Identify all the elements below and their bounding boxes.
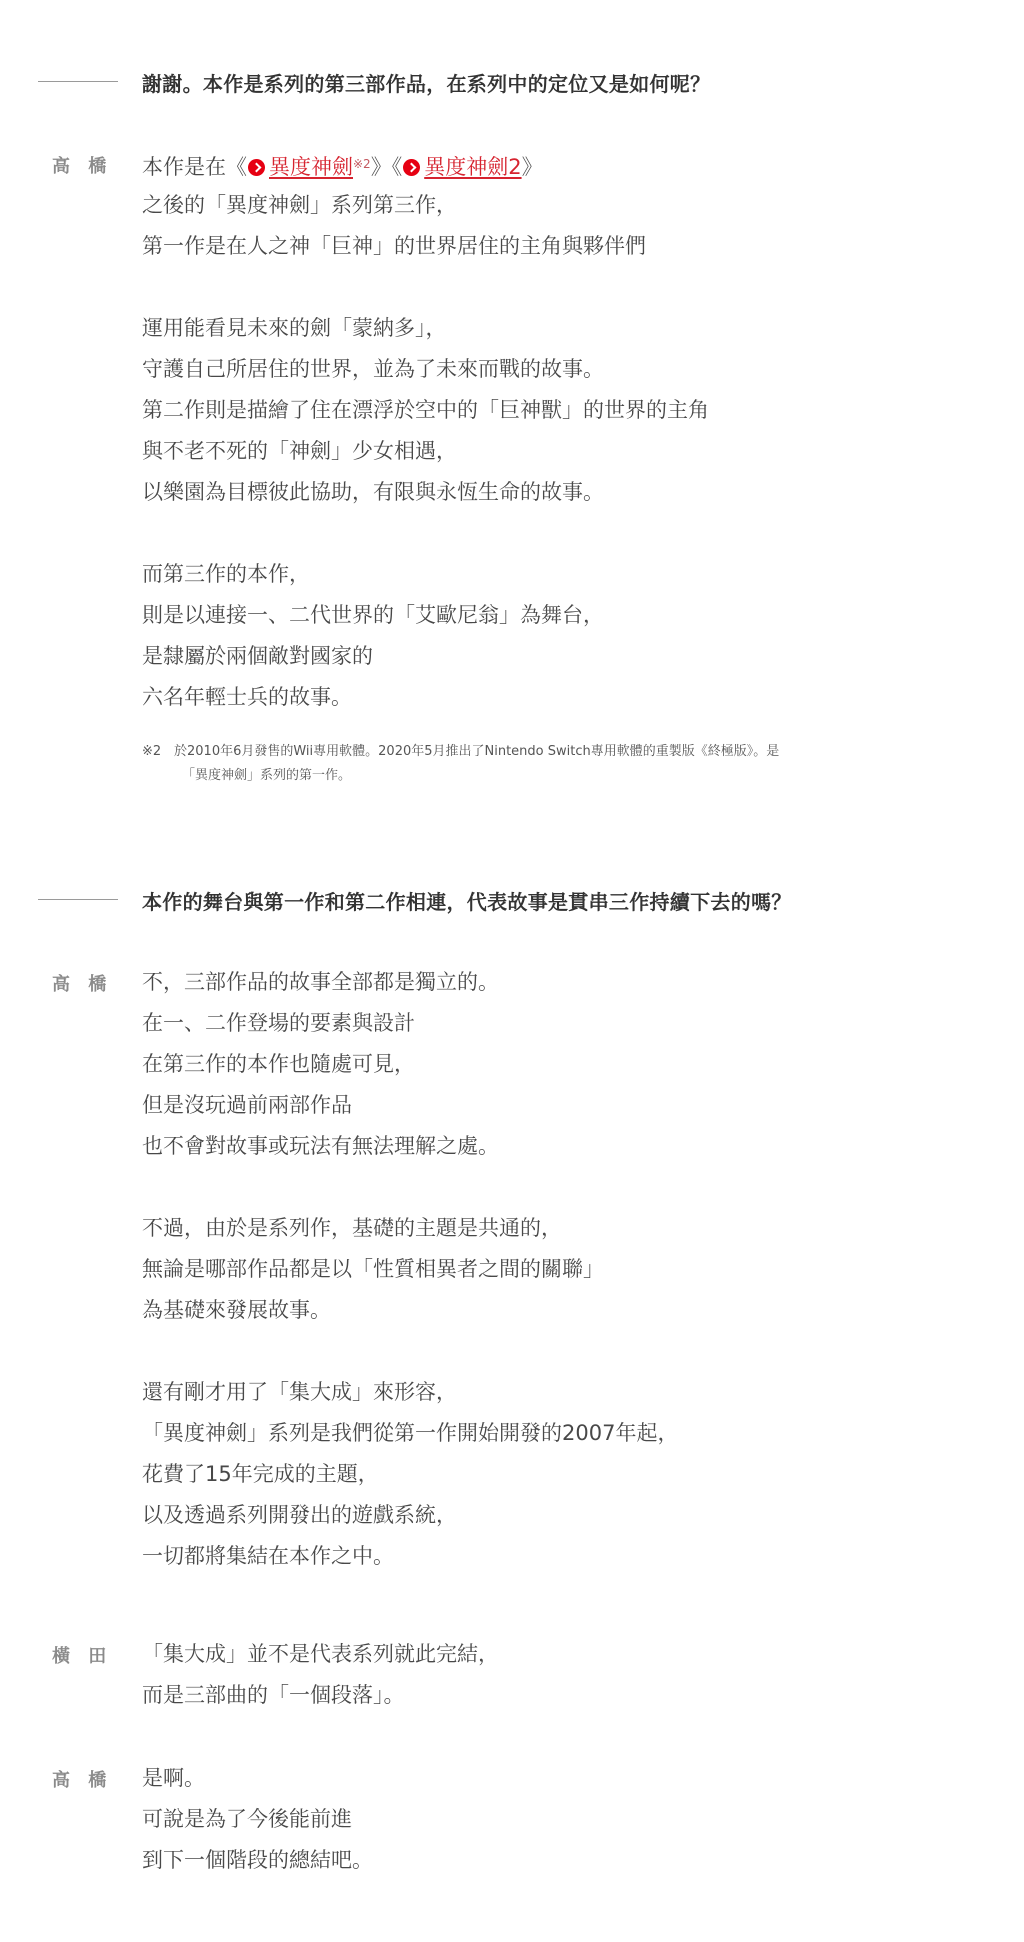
- question-heading-2: 本作的舞台與第一作和第二作相連，代表故事是貫串三作持續下去的嗎？: [0, 880, 1024, 920]
- answer-line: 守護自己所居住的世界，並為了未來而戰的故事。: [142, 353, 709, 394]
- speaker-name: 高 橋: [52, 970, 112, 996]
- question-divider: [38, 899, 118, 900]
- game-link-xenoblade[interactable]: 異度神劍: [269, 155, 353, 179]
- answer-line: 但是沒玩過前兩部作品: [142, 1089, 678, 1130]
- paragraph-gap: [142, 1335, 678, 1376]
- footnote-text: 於2010年6月發售的Wii專用軟體。2020年5月推出了Nintendo Sw…: [174, 744, 779, 759]
- answer-line: 不過，由於是系列作，基礎的主題是共通的，: [142, 1212, 678, 1253]
- text-middle: 》《: [371, 155, 403, 179]
- answer-lines: 是啊。 可說是為了今後能前進 到下一個階段的總結吧。: [142, 1762, 373, 1885]
- question-heading-1: 謝謝。本作是系列的第三部作品，在系列中的定位又是如何呢？: [0, 62, 1024, 102]
- answer-line: 而是三部曲的「一個段落」。: [142, 1679, 499, 1720]
- text-suffix: 》: [522, 155, 543, 179]
- game-link-xenoblade-2[interactable]: 異度神劍2: [424, 155, 521, 179]
- answer-lines: 本作是在《異度神劍※2》《異度神劍2》 之後的「異度神劍」系列第三作， 第一作是…: [142, 148, 709, 722]
- answer-line: 運用能看見未來的劍「蒙納多」，: [142, 312, 709, 353]
- answer-line: 不，三部作品的故事全部都是獨立的。: [142, 966, 678, 1007]
- footnote-line: ※2於2010年6月發售的Wii專用軟體。2020年5月推出了Nintendo …: [142, 740, 779, 764]
- answer-line: 則是以連接一、二代世界的「艾歐尼翁」為舞台，: [142, 599, 709, 640]
- answer-lines: 不，三部作品的故事全部都是獨立的。 在一、二作登場的要素與設計 在第三作的本作也…: [142, 966, 678, 1581]
- answer-line: 無論是哪部作品都是以「性質相異者之間的關聯」: [142, 1253, 678, 1294]
- paragraph-gap: [142, 517, 709, 558]
- answer-line: 與不老不死的「神劍」少女相遇，: [142, 435, 709, 476]
- answer-line: 還有剛才用了「集大成」來形容，: [142, 1376, 678, 1417]
- speaker-name: 高 橋: [52, 152, 112, 178]
- answer-line: 六名年輕士兵的故事。: [142, 681, 709, 722]
- answer-line: 「異度神劍」系列是我們從第一作開始開發的2007年起，: [142, 1417, 678, 1458]
- question-text: 謝謝。本作是系列的第三部作品，在系列中的定位又是如何呢？: [142, 68, 710, 97]
- answer-line: 在第三作的本作也隨處可見，: [142, 1048, 678, 1089]
- paragraph-gap: [142, 1171, 678, 1212]
- answer-line: 第一作是在人之神「巨神」的世界居住的主角與夥伴們: [142, 230, 709, 271]
- footnote: ※2於2010年6月發售的Wii專用軟體。2020年5月推出了Nintendo …: [142, 740, 779, 788]
- chevron-right-circle-icon: [403, 159, 420, 176]
- question-divider: [38, 81, 118, 82]
- question-text: 本作的舞台與第一作和第二作相連，代表故事是貫串三作持續下去的嗎？: [142, 886, 792, 915]
- answer-line: 本作是在《異度神劍※2》《異度神劍2》: [142, 148, 709, 189]
- answer-line: 是啊。: [142, 1762, 373, 1803]
- answer-line: 以及透過系列開發出的遊戲系統，: [142, 1499, 678, 1540]
- answer-line: 一切都將集結在本作之中。: [142, 1540, 678, 1581]
- answer-line: 在一、二作登場的要素與設計: [142, 1007, 678, 1048]
- footnote-continuation: 「異度神劍」系列的第一作。: [142, 764, 779, 788]
- footnote-ref[interactable]: ※2: [353, 157, 371, 171]
- answer-line: 花費了15年完成的主題，: [142, 1458, 678, 1499]
- answer-line: 是隸屬於兩個敵對國家的: [142, 640, 709, 681]
- paragraph-gap: [142, 271, 709, 312]
- answer-line: 為基礎來發展故事。: [142, 1294, 678, 1335]
- chevron-right-circle-icon: [248, 159, 265, 176]
- answer-line: 可說是為了今後能前進: [142, 1803, 373, 1844]
- answer-line: 也不會對故事或玩法有無法理解之處。: [142, 1130, 678, 1171]
- speaker-name: 橫 田: [52, 1642, 112, 1668]
- answer-line: 而第三作的本作，: [142, 558, 709, 599]
- answer-line: 「集大成」並不是代表系列就此完結，: [142, 1638, 499, 1679]
- text-prefix: 本作是在《: [142, 155, 247, 179]
- speaker-name: 高 橋: [52, 1766, 112, 1792]
- answer-lines: 「集大成」並不是代表系列就此完結， 而是三部曲的「一個段落」。: [142, 1638, 499, 1720]
- answer-line: 以樂園為目標彼此協助，有限與永恆生命的故事。: [142, 476, 709, 517]
- answer-line: 第二作則是描繪了住在漂浮於空中的「巨神獸」的世界的主角: [142, 394, 709, 435]
- answer-line: 到下一個階段的總結吧。: [142, 1844, 373, 1885]
- answer-line: 之後的「異度神劍」系列第三作，: [142, 189, 709, 230]
- footnote-mark: ※2: [142, 740, 174, 764]
